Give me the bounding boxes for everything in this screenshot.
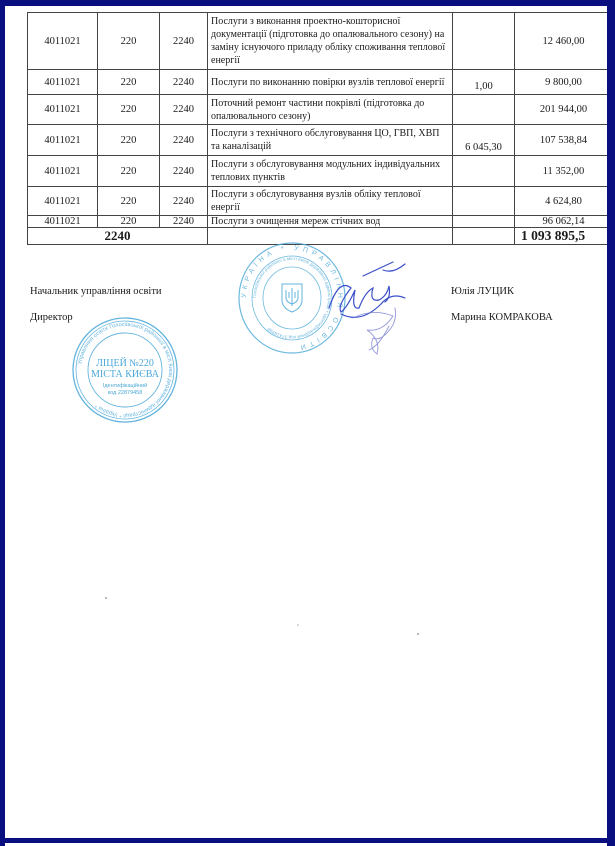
scan-speck — [105, 597, 107, 599]
signatory-name-1: Юлія ЛУЦИК — [451, 286, 514, 297]
fund-code-cell: 220 — [98, 156, 160, 187]
table-row: 40110212202240Послуги по виконанню повір… — [28, 70, 608, 95]
quantity-cell — [453, 13, 515, 70]
program-code-cell: 4011021 — [28, 187, 98, 216]
table-row: 40110212202240Поточний ремонт частини по… — [28, 95, 608, 125]
description-cell: Послуги з обслуговування вузлів обліку т… — [208, 187, 453, 216]
fund-code-cell: 220 — [98, 95, 160, 125]
expense-code-cell: 2240 — [160, 95, 208, 125]
program-code-cell: 4011021 — [28, 13, 98, 70]
amount-cell: 96 062,14 — [515, 216, 608, 228]
description-cell: Послуги по виконанню повірки вузлів тепл… — [208, 70, 453, 95]
expense-code-cell: 2240 — [160, 156, 208, 187]
signatory-name-2: Марина КОМРАКОВА — [451, 312, 553, 323]
table-row: 40110212202240Послуги з обслуговування м… — [28, 156, 608, 187]
program-code-cell: 4011021 — [28, 156, 98, 187]
table-row: 40110212202240Послуги з очищення мереж с… — [28, 216, 608, 228]
svg-text:код 22879458: код 22879458 — [108, 390, 143, 396]
quantity-cell — [453, 216, 515, 228]
handwritten-signature — [323, 258, 443, 358]
school-stamp: Управління освіти Голосіївської районної… — [71, 316, 179, 424]
amount-cell: 12 460,00 — [515, 13, 608, 70]
description-cell: Послуги з технічного обслуговування ЦО, … — [208, 125, 453, 156]
svg-text:ЛІЦЕЙ №220: ЛІЦЕЙ №220 — [96, 357, 154, 369]
program-code-cell: 4011021 — [28, 216, 98, 228]
fund-code-cell: 220 — [98, 187, 160, 216]
total-label: 2240 — [28, 228, 208, 245]
description-cell: Послуги з виконання проектно-кошторисної… — [208, 13, 453, 70]
position-title-director: Директор — [30, 312, 73, 323]
budget-table: 40110212202240Послуги з виконання проект… — [27, 12, 607, 245]
fund-code-cell: 220 — [98, 13, 160, 70]
coat-of-arms-icon — [282, 284, 302, 312]
total-amount: 1 093 895,5 — [515, 228, 608, 245]
scan-speck — [297, 624, 299, 626]
quantity-cell — [453, 95, 515, 125]
svg-text:Ідентифікаційний: Ідентифікаційний — [103, 382, 147, 389]
svg-text:МІСТА КИЄВА: МІСТА КИЄВА — [91, 369, 160, 380]
expense-code-cell: 2240 — [160, 70, 208, 95]
quantity-cell: 1,00 — [453, 70, 515, 95]
quantity-cell — [453, 187, 515, 216]
fund-code-cell: 220 — [98, 70, 160, 95]
program-code-cell: 4011021 — [28, 95, 98, 125]
fund-code-cell: 220 — [98, 125, 160, 156]
expense-code-cell: 2240 — [160, 187, 208, 216]
table-row: 40110212202240Послуги з виконання проект… — [28, 13, 608, 70]
quantity-cell — [453, 156, 515, 187]
amount-cell: 4 624,80 — [515, 187, 608, 216]
quantity-cell: 6 045,30 — [453, 125, 515, 156]
program-code-cell: 4011021 — [28, 125, 98, 156]
amount-cell: 107 538,84 — [515, 125, 608, 156]
position-title-head: Начальник управління освіти — [30, 286, 162, 297]
amount-cell: 201 944,00 — [515, 95, 608, 125]
fund-code-cell: 220 — [98, 216, 160, 228]
expense-code-cell: 2240 — [160, 216, 208, 228]
description-cell: Поточний ремонт частини покрівлі (підгот… — [208, 95, 453, 125]
amount-cell: 11 352,00 — [515, 156, 608, 187]
expense-code-cell: 2240 — [160, 13, 208, 70]
document-page: 40110212202240Послуги з виконання проект… — [5, 6, 607, 838]
expense-code-cell: 2240 — [160, 125, 208, 156]
scan-speck — [417, 633, 419, 635]
description-cell: Послуги з очищення мереж стічних вод — [208, 216, 453, 228]
program-code-cell: 4011021 — [28, 70, 98, 95]
total-empty-qty — [453, 228, 515, 245]
amount-cell: 9 800,00 — [515, 70, 608, 95]
table-row: 40110212202240Послуги з технічного обслу… — [28, 125, 608, 156]
description-cell: Послуги з обслуговування модульних індив… — [208, 156, 453, 187]
table-row: 40110212202240Послуги з обслуговування в… — [28, 187, 608, 216]
